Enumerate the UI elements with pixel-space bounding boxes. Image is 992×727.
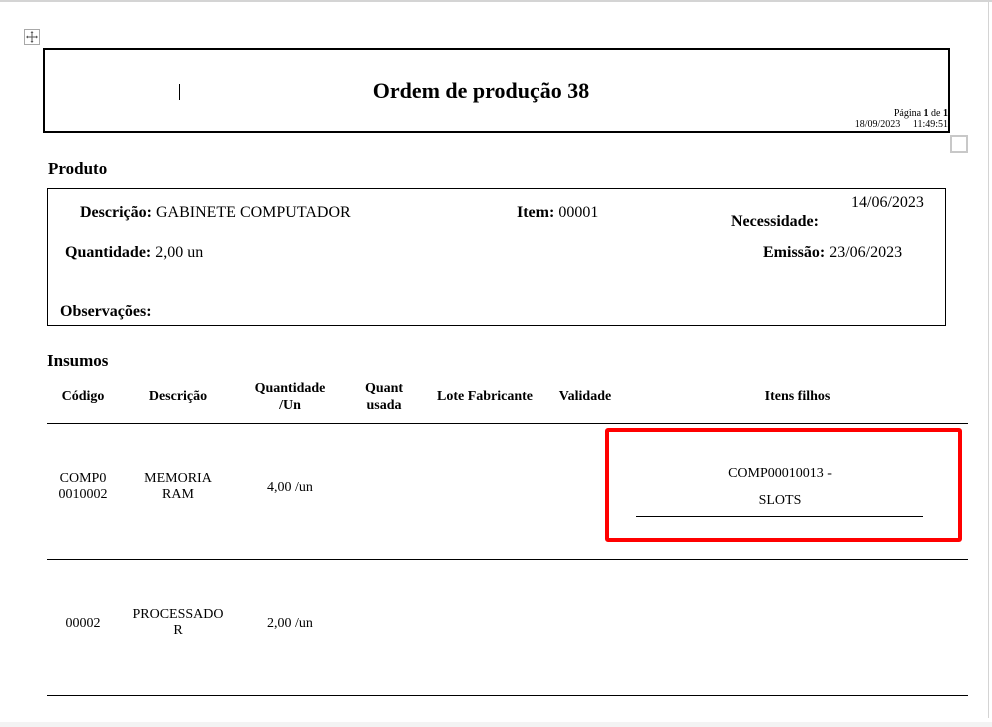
emissao-field: Emissão: 23/06/2023 bbox=[763, 244, 902, 262]
emissao-value: 23/06/2023 bbox=[829, 244, 902, 261]
observacoes-label: Observações: bbox=[60, 303, 152, 320]
col-descricao: Descrição bbox=[138, 388, 218, 405]
col-codigo: Código bbox=[48, 388, 118, 405]
page-current: 1 bbox=[924, 108, 929, 119]
descricao-label: Descrição: bbox=[80, 204, 152, 221]
necessidade-label: Necessidade: bbox=[731, 213, 819, 231]
page-right-edge bbox=[988, 0, 989, 718]
col-itens-filhos: Itens filhos bbox=[710, 388, 885, 405]
page-top-edge bbox=[0, 0, 992, 2]
page-total: 1 bbox=[943, 108, 948, 119]
row-divider bbox=[47, 695, 968, 696]
col-quant-usada: Quant usada bbox=[349, 380, 419, 414]
page-bottom-band bbox=[0, 722, 992, 727]
insumos-section-title: Insumos bbox=[47, 351, 108, 371]
quantidade-label: Quantidade: bbox=[65, 244, 151, 261]
table-move-handle[interactable] bbox=[24, 29, 40, 45]
col-quantidade: Quantidade /Un bbox=[240, 380, 340, 414]
item-field: Item: 00001 bbox=[517, 204, 598, 222]
quantidade-field: Quantidade: 2,00 un bbox=[65, 244, 203, 262]
row-descricao: MEMORIA RAM bbox=[128, 471, 228, 503]
page-info: Página 1 de 1 18/09/2023 11:49:51 bbox=[855, 108, 948, 130]
observacoes-field: Observações: bbox=[60, 303, 152, 321]
emissao-label: Emissão: bbox=[763, 244, 825, 261]
row-codigo: 00002 bbox=[48, 616, 118, 632]
page-title: Ordem de produção 38 bbox=[300, 78, 662, 104]
descricao-field: Descrição: GABINETE COMPUTADOR bbox=[80, 204, 351, 222]
row-quantidade: 2,00 /un bbox=[240, 616, 340, 632]
page-label: Página bbox=[894, 108, 921, 119]
move-arrows-icon bbox=[26, 31, 38, 43]
highlight-annotation bbox=[605, 428, 962, 542]
table-resize-handle[interactable] bbox=[950, 135, 968, 153]
item-label: Item: bbox=[517, 204, 554, 221]
text-cursor bbox=[179, 84, 180, 100]
descricao-value: GABINETE COMPUTADOR bbox=[156, 204, 351, 221]
col-validade: Validade bbox=[550, 388, 620, 405]
row-divider bbox=[47, 559, 968, 560]
necessidade-value: 14/06/2023 bbox=[851, 194, 924, 212]
row-codigo: COMP0 0010002 bbox=[48, 471, 118, 503]
quantidade-value: 2,00 un bbox=[155, 244, 203, 261]
print-time: 11:49:51 bbox=[913, 119, 948, 130]
print-date: 18/09/2023 bbox=[855, 119, 901, 130]
row-descricao: PROCESSADO R bbox=[118, 607, 238, 639]
header-divider bbox=[47, 423, 968, 424]
page-of: de bbox=[931, 108, 940, 119]
row-quantidade: 4,00 /un bbox=[240, 480, 340, 496]
produto-section-title: Produto bbox=[48, 159, 107, 179]
col-lote-fabricante: Lote Fabricante bbox=[425, 388, 545, 405]
item-value: 00001 bbox=[558, 204, 598, 221]
